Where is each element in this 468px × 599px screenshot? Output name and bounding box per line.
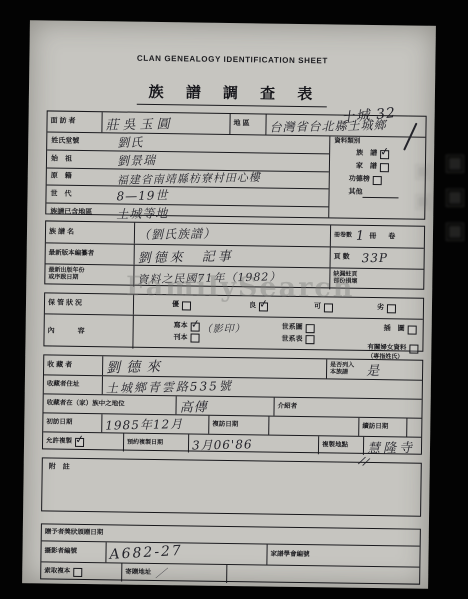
condition-excellent: 優 (172, 301, 191, 310)
copy-allowed-checkbox: ✓ (75, 437, 84, 446)
interviewer-value: 莊吳玉圓 (105, 113, 173, 133)
first-ancestor-label: 始 祖 (47, 155, 117, 164)
category-zupu-label: 族 譜 (356, 150, 377, 158)
original-home-value: 福建省南靖縣枋寮村田心樓 (117, 169, 261, 188)
pages-label: 頁數 (334, 253, 352, 261)
category-option-zupu: 族 譜 ✓ (356, 149, 421, 159)
photographer-no-value-cell: A682-27 (105, 542, 266, 564)
photographer-no-value: A682-27 (109, 543, 183, 563)
third-visit-value-cell (406, 418, 421, 436)
condition-good: 良 ✓ (249, 302, 268, 311)
society-no-label: 家譜學會編號 (270, 551, 309, 558)
category-zupu-checkbox: ✓ (380, 150, 389, 159)
condition-fair: 可 (314, 303, 333, 312)
compiler-label-cell: 最新版本編纂者 (46, 243, 134, 264)
region-label: 地區 (233, 120, 251, 128)
generations-label: 世 代 (46, 190, 116, 199)
content-pedigree-chart: 世系圖 (282, 323, 368, 333)
generations-value: 8—19世 (116, 186, 168, 204)
second-visit-value-cell (268, 417, 358, 436)
contents-options-cell: 寫本 ✓ （影印） 世系圖 插 圖 (132, 316, 422, 353)
holder-label-cell: 收藏者 (44, 355, 102, 375)
holder-position-value: 高傳 (179, 396, 207, 416)
holder-address-label: 收藏者住址 (47, 381, 80, 388)
content-women-data-checkbox (409, 344, 418, 353)
contents-row: 內 容 寫本 ✓ （影印） 世系圖 插 圖 (44, 313, 422, 352)
category-merit-label: 功德榜 (349, 176, 370, 184)
pubyear-value-cell: 資料之民國71年（1982） (133, 266, 329, 290)
content-manuscript-note: （影印） (202, 319, 246, 335)
notes-cell: 附 註 (42, 458, 421, 515)
section-condition-table: 保管狀況 優 良 ✓ 可 劣 (43, 292, 424, 351)
check-mark-icon: ✓ (74, 432, 85, 446)
category-merit-checkbox (373, 175, 382, 184)
interviewer-label: 面訪者 (50, 117, 77, 125)
paper-sheet: CLAN GENEALOGY IDENTIFICATION SHEET 族 譜 … (22, 20, 436, 589)
areas-covered-value: 土城等地 (116, 204, 168, 222)
material-category-block: 資料類別 族 譜 ✓ 家 譜 (328, 136, 425, 218)
copy-allowed-label: 允許複製 (46, 438, 72, 445)
content-women-data: 有關婦女資料 （專指姓氏） (367, 336, 418, 361)
interviewer-value-cell: 莊吳玉圓 (101, 112, 229, 134)
category-other-label: 其他 (349, 189, 363, 197)
photographer-no-label: 攝影者編號 (44, 548, 77, 555)
condition-fair-checkbox (324, 303, 333, 312)
listed-cell: 是否列入 本族譜 是 (326, 359, 422, 379)
volumes-label: 冊卷數 (334, 233, 352, 240)
award-date-label: 贈予者獎狀頒贈日期 (45, 529, 104, 536)
content-manuscript-label: 寫本 (174, 322, 188, 330)
condition-label: 保管狀況 (48, 299, 84, 308)
copy-place-label: 複製地點 (322, 442, 348, 449)
defect-label-line2: 部份損壞 (333, 278, 420, 286)
condition-good-checkbox: ✓ (259, 302, 268, 311)
category-jiapu-label: 家 譜 (356, 163, 377, 171)
introducer-cell: 介紹者 (273, 398, 421, 418)
pages-value: 33P (362, 251, 389, 266)
notes-label: 附 註 (49, 463, 70, 471)
second-visit-label-cell: 複訪日期 (208, 416, 268, 435)
listed-label-line2: 本族譜 (330, 369, 354, 376)
third-visit-label: 續訪日期 (362, 424, 388, 431)
original-home-label: 原 籍 (47, 172, 117, 181)
scanned-document: CLAN GENEALOGY IDENTIFICATION SHEET 族 譜 … (0, 0, 468, 599)
condition-excellent-checkbox (182, 301, 191, 310)
interviewer-label-cell: 面訪者 (47, 111, 101, 132)
condition-good-label: 良 (249, 302, 256, 310)
request-copy-label: 索取複本 (44, 568, 70, 575)
category-option-jiapu: 家 譜 (356, 162, 421, 172)
region-label-cell: 地區 (229, 114, 265, 135)
holder-position-value-cell: 高傳 (175, 396, 273, 415)
society-no-cell: 家譜學會編號 (266, 545, 419, 567)
book-title-value: （劉氏族譜） (138, 224, 216, 243)
surname-label: 姓氏堂號 (47, 137, 117, 146)
content-pedigree-chart-label: 世系圖 (282, 324, 303, 332)
first-visit-label: 初訪日期 (46, 419, 72, 426)
origin-detail-row: 姓氏堂號 劉氏 始 祖 劉景瑞 原 籍 福建省南靖縣枋寮村田心樓 世 代 (46, 131, 425, 218)
volumes-value: 1 (356, 229, 366, 244)
send-address-cell: 寄贈地址 ／ (121, 564, 226, 583)
category-jiapu-checkbox (380, 163, 389, 172)
book-title-label: 族譜名 (49, 228, 76, 236)
content-pedigree-table-label: 世系表 (281, 335, 302, 343)
compiler-value: 劉德來 記事 (137, 245, 233, 266)
content-printed-label: 刊本 (173, 334, 187, 342)
book-title-label-cell: 族譜名 (46, 221, 134, 243)
origin-fields: 姓氏堂號 劉氏 始 祖 劉景瑞 原 籍 福建省南靖縣枋寮村田心樓 世 代 (46, 132, 329, 217)
holder-position-label: 收藏者在（家）族中之地位 (47, 400, 125, 408)
category-option-other: 其他 (349, 188, 421, 198)
other-blank-line (363, 188, 399, 198)
volumes-unit-juan: 卷 (388, 233, 395, 241)
compiler-label: 最新版本編纂者 (49, 250, 95, 257)
photographer-no-label-cell: 攝影者編號 (41, 541, 105, 562)
content-pedigree-chart-checkbox (306, 324, 315, 333)
check-mark-icon: ✓ (258, 296, 269, 310)
send-address-value: ／ (155, 565, 167, 581)
pubyear-label-line2: 或序跋日期 (48, 274, 130, 282)
content-pedigree-table-checkbox (305, 335, 314, 344)
listed-value: 是 (366, 360, 380, 379)
category-option-merit: 功德榜 (349, 175, 421, 185)
section-office-table: 贈予者獎狀頒贈日期 攝影者編號 A682-27 家譜學會編號 索取複本 (40, 523, 421, 584)
surname-value: 劉氏 (117, 133, 143, 151)
holder-value: 劉德來 (106, 356, 166, 377)
copy-place-label-cell: 複製地點 (318, 436, 363, 455)
compiler-value-cell: 劉德來 記事 (134, 245, 330, 268)
request-copy-checkbox (73, 567, 82, 576)
region-value-cell: 台灣省台北縣土城鄉 (265, 114, 425, 136)
pages-cell: 頁數 33P (330, 247, 424, 268)
first-visit-value-cell: 1985年12月 (101, 414, 208, 433)
ghost-stamp-right-band: ▣▣▣ (440, 148, 468, 250)
holder-address-value: 土城鄉青雲路535號 (106, 376, 233, 396)
first-ancestor-value: 劉景瑞 (117, 151, 156, 169)
send-address-label: 寄贈地址 (125, 569, 151, 576)
listed-label-line1: 是否列入 (330, 362, 354, 369)
defect-cell: 缺漏蛀頁 部份損壞 (329, 268, 423, 290)
holder-position-label-cell: 收藏者在（家）族中之地位 (43, 394, 175, 414)
condition-fair-label: 可 (314, 303, 321, 311)
condition-options-cell: 優 良 ✓ 可 劣 (133, 295, 423, 319)
holder-value-cell: 劉德來 (102, 356, 326, 378)
volumes-unit-ce: 冊 (369, 232, 376, 240)
pubyear-value: 資料之民國71年（1982） (137, 268, 281, 287)
second-visit-label: 複訪日期 (212, 422, 238, 429)
content-illustrations: 插 圖 (384, 325, 417, 334)
send-address-blank-cell (226, 565, 419, 586)
condition-label-cell: 保管狀況 (45, 293, 133, 314)
condition-excellent-label: 優 (172, 301, 179, 309)
document-title-text: 族 譜 調 查 表 (136, 81, 327, 108)
region-value: 台灣省台北縣土城鄉 (269, 116, 386, 135)
copy-date-label: 預約複製日期 (127, 439, 163, 446)
first-visit-label-cell: 初訪日期 (43, 413, 101, 432)
content-illustrations-checkbox (408, 325, 417, 334)
volumes-cell: 冊卷數 1 冊 卷 (330, 225, 424, 247)
copy-date-label-cell: 預約複製日期 (123, 434, 188, 453)
areas-covered-label: 族譜已含地區 (46, 208, 116, 217)
content-printed-checkbox (190, 333, 199, 342)
first-visit-value: 1985年12月 (105, 415, 183, 434)
document-header-english: CLAN GENEALOGY IDENTIFICATION SHEET (29, 52, 435, 67)
copy-allowed-cell: 允許複製 ✓ (43, 432, 123, 451)
third-visit-label-cell: 續訪日期 (358, 418, 406, 437)
holder-address-label-cell: 收藏者住址 (44, 375, 102, 394)
section-origin-table: 面訪者 莊吳玉圓 地區 台灣省台北縣土城鄉 姓氏堂號 劉氏 (45, 110, 426, 219)
section-book-table: 族譜名 （劉氏族譜） 冊卷數 1 冊 卷 最新版本編纂者 劉德來 記事 (44, 220, 425, 289)
contents-label: 內 容 (48, 327, 93, 336)
check-mark-icon: ✓ (379, 144, 390, 158)
contents-line2: 刊本 世系表 有關婦女資料 （專指姓氏） (173, 333, 422, 352)
condition-poor: 劣 (377, 304, 396, 313)
pubyear-label-cell: 最新出版年份 或序跋日期 (45, 264, 133, 286)
content-manuscript-checkbox: ✓ (191, 322, 200, 331)
content-pedigree-table: 世系表 (281, 335, 367, 345)
request-copy-cell: 索取複本 (41, 562, 121, 581)
check-mark-icon: ✓ (190, 317, 201, 331)
content-illustrations-label: 插 圖 (384, 325, 405, 333)
copy-place-value-cell: 慧隆寺 (363, 437, 421, 456)
book-title-value-cell: （劉氏族譜） (134, 223, 330, 247)
contents-label-cell: 內 容 (44, 314, 132, 348)
condition-poor-label: 劣 (377, 304, 384, 312)
copy-date-value-cell: 3月06'86 (188, 434, 318, 454)
section-notes-box: 附 註 (41, 457, 422, 516)
content-women-data-label: 有關婦女資料 (367, 345, 406, 352)
copy-date-value: 3月06'86 (192, 435, 253, 453)
introducer-label: 介紹者 (278, 403, 298, 410)
section-holder-table: 收藏者 劉德來 是否列入 本族譜 是 收藏者住址 土城鄉 (42, 354, 423, 454)
condition-poor-checkbox (387, 304, 396, 313)
copy-place-value: 慧隆寺 (367, 436, 415, 456)
holder-label: 收藏者 (47, 361, 74, 369)
